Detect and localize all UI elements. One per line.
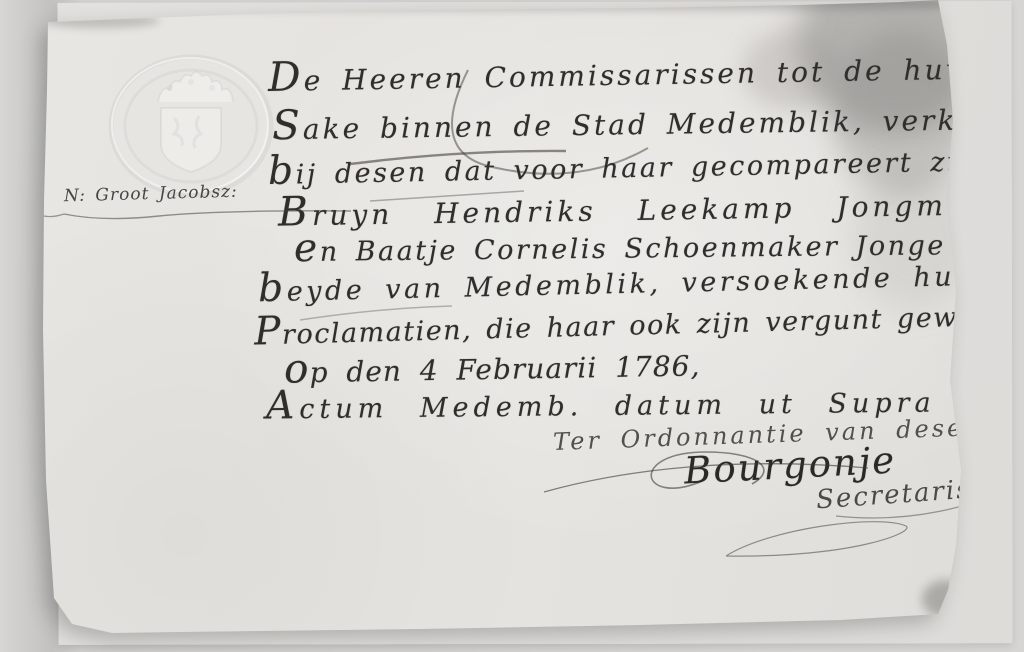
margin-note: N: Groot Jacobsz: — [64, 182, 238, 207]
top-left-edge-smudge — [40, 14, 160, 28]
bottom-right-corner-smudge — [922, 580, 970, 618]
paper-sheet-wrap: N: Groot Jacobsz: De Heeren Commissariss… — [0, 0, 1024, 652]
coat-of-arms-seal-icon — [104, 50, 279, 198]
paper-sheet: N: Groot Jacobsz: De Heeren Commissariss… — [0, 0, 1024, 652]
scanned-document-photo: N: Groot Jacobsz: De Heeren Commissariss… — [0, 0, 1024, 652]
